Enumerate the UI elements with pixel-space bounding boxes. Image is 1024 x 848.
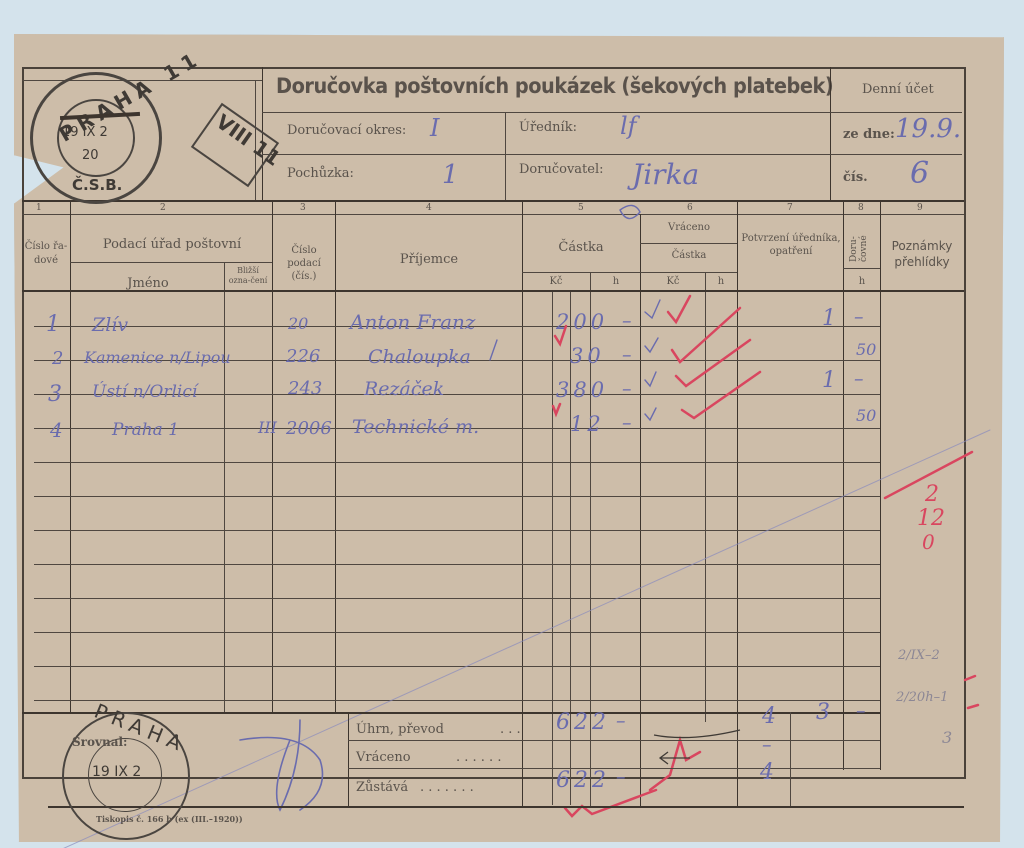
sum-fee-extra: – [856,700,866,722]
remaining-fee: 4 [760,760,774,785]
col-line [790,712,791,807]
sum-fee-h: 3 [816,700,830,725]
divider [348,740,880,741]
red-check-icon [676,340,750,386]
col-line [348,712,349,807]
red-margin-note: 12 [917,508,945,530]
stamp-bottom-date: 19 IX 2 [92,764,141,780]
sum-dots: . . . [500,722,521,737]
print-info: Tiskopis č. 166 b (ex (III.–1920)) [96,814,243,824]
divider [348,768,880,769]
remaining-label: Zůstává [356,780,408,795]
pencil-margin-note: 2/20h–1 [896,690,948,705]
red-check-icon [553,404,560,414]
sum-amount-h: – [616,710,626,732]
returned-dots: . . . . . . [456,750,501,765]
totals-top-line [22,712,880,714]
red-margin-note: 2 [925,484,939,506]
remaining-amount-kc: 622 [556,768,610,793]
pencil-margin-note: 2/IX–2 [898,648,940,663]
red-check-icon [682,372,760,418]
returned-label: Vráceno [356,750,411,765]
red-check-icon [555,326,566,344]
signed-label: Srovnal: [72,735,127,749]
sum-fee-kc: 4 [762,704,776,729]
red-check-icon [668,296,690,322]
sum-amount-kc: 622 [556,710,610,735]
pencil-margin-note: 3 [942,728,952,747]
form-bottom-line [48,806,964,808]
sum-label: Úhrn, převod [356,722,444,737]
returned-fee: – [762,734,772,756]
red-margin-note: 0 [922,532,935,552]
remaining-dots: . . . . . . . [420,780,474,795]
remaining-amount-h: – [616,766,626,788]
